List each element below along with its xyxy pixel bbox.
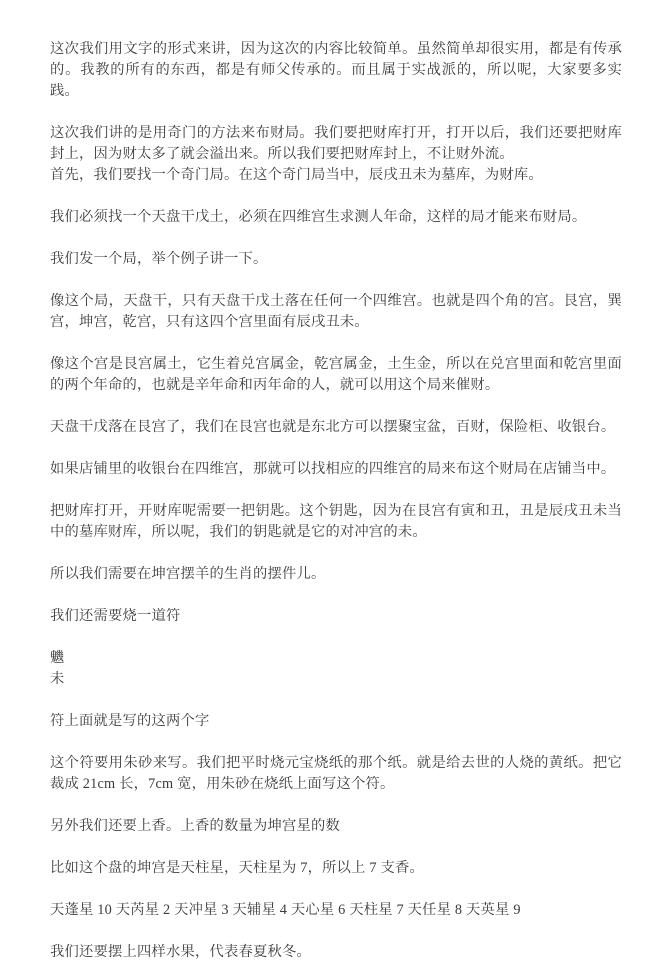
document-body: 这次我们用文字的形式来讲，因为这次的内容比较简单。虽然简单却很实用，都是有传承的… — [0, 0, 670, 963]
incense-paragraph: 另外我们还要上香。上香的数量为坤宫星的数 — [50, 816, 622, 837]
requirement-paragraph: 我们必须找一个天盘干戊土，必须在四维宫生求测人年命，这样的局才能来布财局。 — [50, 207, 622, 228]
palace-element-paragraph: 像这个宫是艮宫属土，它生着兑宫属金，乾宫属金，土生金，所以在兑宫里面和乾宫里面的… — [50, 354, 622, 396]
topic-paragraph: 这次我们讲的是用奇门的方法来布财局。我们要把财库打开，打开以后，我们还要把财库封… — [50, 123, 622, 186]
talisman-note-paragraph: 符上面就是写的这两个字 — [50, 711, 622, 732]
document-page: 这次我们用文字的形式来讲，因为这次的内容比较简单。虽然简单却很实用，都是有传承的… — [0, 0, 670, 978]
shop-paragraph: 如果店铺里的收银台在四维宫，那就可以找相应的四维宫的局来布这个财局在店铺当中。 — [50, 459, 622, 480]
incense-count-paragraph: 比如这个盘的坤宫是天柱星，天柱星为 7，所以上 7 支香。 — [50, 858, 622, 879]
placement-paragraph: 天盘干戊落在艮宫了，我们在艮宫也就是东北方可以摆聚宝盆，百财，保险柜、收银台。 — [50, 417, 622, 438]
cinnabar-paper-paragraph: 这个符要用朱砂来写。我们把平时烧元宝烧纸的那个纸。就是给去世的人烧的黄纸。把它裁… — [50, 753, 622, 795]
fruits-paragraph: 我们还要摆上四样水果，代表春夏秋冬。 — [50, 942, 622, 963]
burn-talisman-paragraph: 我们还需要烧一道符 — [50, 606, 622, 627]
goat-ornament-paragraph: 所以我们需要在坤宫摆羊的生肖的摆件儿。 — [50, 564, 622, 585]
example-layout-paragraph: 像这个局，天盘干，只有天盘干戊土落在任何一个四维宫。也就是四个角的宫。艮宫，巽宫… — [50, 291, 622, 333]
intro-paragraph: 这次我们用文字的形式来讲，因为这次的内容比较简单。虽然简单却很实用，都是有传承的… — [50, 39, 622, 102]
talisman-characters: 魕 未 — [50, 648, 622, 690]
example-intro-paragraph: 我们发一个局，举个例子讲一下。 — [50, 249, 622, 270]
key-paragraph: 把财库打开，开财库呢需要一把钥匙。这个钥匙，因为在艮宫有寅和丑，丑是辰戌丑未当中… — [50, 501, 622, 543]
star-numbers-paragraph: 天蓬星 10 天芮星 2 天冲星 3 天辅星 4 天心星 6 天柱星 7 天任星… — [50, 900, 622, 921]
